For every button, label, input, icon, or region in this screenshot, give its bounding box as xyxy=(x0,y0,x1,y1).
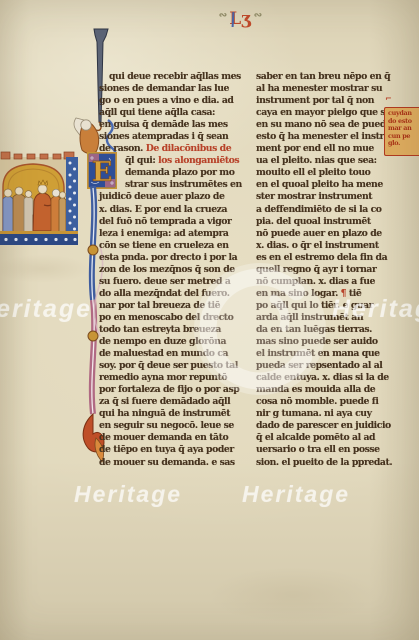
miniature-frame-right xyxy=(66,157,78,235)
body-text: quell regno q̄ ayr i tornar xyxy=(256,264,376,275)
marginal-note: cuydando estomar ancun peglo. xyxy=(384,107,419,156)
manuscript-text-line: juidicō deue auer plazo de xyxy=(99,191,239,203)
body-text: remedio ayna mor repuntō xyxy=(99,372,227,383)
manuscript-text-line: leza i enemiga: ad atempra xyxy=(99,228,239,240)
body-text: esta pnda. por drecto i por la xyxy=(99,252,237,263)
figure-orange-head xyxy=(52,189,60,197)
manuscript-text-line: pia. del quoal instrumēt xyxy=(256,216,388,228)
body-text: cosa nō momble. puede fi xyxy=(256,396,378,407)
manuscript-text-line: de mouer demanda en tāto xyxy=(99,432,239,444)
manuscript-text-line: aq̄ll qui tiene aq̄lla casa: xyxy=(99,107,239,119)
body-text: de tiēpo en tuya q̄ aya poder xyxy=(99,444,234,455)
figure-right-robe xyxy=(59,198,66,234)
body-text: sion. el pueito de la ppredat. xyxy=(256,457,392,468)
manuscript-text-line: quell regno q̄ ayr i tornar xyxy=(256,264,388,276)
body-text: siones de demandar las lue xyxy=(99,83,229,94)
miniature-gold-rule xyxy=(0,231,78,234)
manuscript-text-line: instrument por tal q̄ non xyxy=(256,95,388,107)
body-text: en ma sino logar. xyxy=(256,288,341,299)
manuscript-text-line: ua el pleito. nias que sea: xyxy=(256,155,388,167)
manuscript-text-line: en seguir su negocō. leue se xyxy=(99,420,239,432)
folio-number-text: Lʒ xyxy=(229,11,251,28)
rubric-text: los alongamiētos xyxy=(158,155,239,166)
manuscript-text-line: todo tan estreyta breueza xyxy=(99,324,239,336)
body-text: strar sus instrumētes en xyxy=(125,179,242,190)
body-text: go o en pues a vino e dia. ad xyxy=(99,95,233,106)
manuscript-text-line: del fuō nō temprada a vigor xyxy=(99,216,239,228)
body-text: nir g tumana. ni aya cuy xyxy=(256,408,372,419)
body-text: demanda plazo por mo xyxy=(125,167,234,178)
body-text: aq̄ll qui tiene aq̄lla casa: xyxy=(99,107,215,118)
manuscript-text-line: x. dias. E por end la crueza xyxy=(99,204,239,216)
miniature-illustration xyxy=(0,149,78,246)
body-text: en su mano nō sea de puede xyxy=(256,119,391,130)
body-text: za q̄ si fuere demādado aq̄ll xyxy=(99,396,230,407)
body-text: su fuero. deue ser metred a xyxy=(99,276,230,287)
manuscript-text-line: po en menoscabo del drecto xyxy=(99,312,239,324)
body-text: es en el estremo dela fin da xyxy=(256,252,387,263)
figure-blue-robe xyxy=(3,196,14,233)
watermark-text-bottom-right: Heritage xyxy=(242,481,350,508)
body-text: calde entuya. x. dias si la de xyxy=(256,372,389,383)
manuscript-text-line: pueda ser repsentado al al xyxy=(256,360,388,372)
body-text: q̄l qui: xyxy=(125,155,158,166)
manuscript-text-line: zon de los mezq̄nos q̄ son de xyxy=(99,264,239,276)
folio-flourish-right-icon: ∾ xyxy=(254,10,261,21)
manuscript-text-line: de tiēpo en tuya q̄ aya poder xyxy=(99,444,239,456)
manuscript-text-line: arda aq̄ll instrumēt an xyxy=(256,312,388,324)
manuscript-text-line: caya en mayor pielgo que si xyxy=(256,107,388,119)
body-text: de rason. xyxy=(99,143,146,154)
manuscript-text-line: q̄ el alcalde pomēto al ad xyxy=(256,432,388,444)
body-text: ster mostrar instrument xyxy=(256,191,372,202)
manuscript-text-line: demanda plazo por mo xyxy=(99,167,239,179)
body-text: pueda ser repsentado al al xyxy=(256,360,382,371)
manuscript-text-line: en el quoal pleito ha mene xyxy=(256,179,388,191)
body-text: qui ha ninguā de instrumēt xyxy=(99,408,230,419)
body-text: juidicō deue auer plazo de xyxy=(99,191,224,202)
manuscript-text-line: uersario o tra ell en posse xyxy=(256,444,388,456)
manuscript-text-line: su fuero. deue ser metred a xyxy=(99,276,239,288)
manuscript-text-line: por fortaleza de fijo o por asp xyxy=(99,384,239,396)
body-text: al ha menester mostrar su xyxy=(256,83,382,94)
manuscript-text-line: esta pnda. por drecto i por la xyxy=(99,252,239,264)
body-text: todo tan estreyta breueza xyxy=(99,324,221,335)
manuscript-text-line: mouito ell el pleito touo xyxy=(256,167,388,179)
king-robe xyxy=(33,193,52,231)
manuscript-text-line: cōn se tiene en crueleza en xyxy=(99,240,239,252)
manuscript-text-line: za q̄ si fuere demādado aq̄ll xyxy=(99,396,239,408)
body-text: x. dias. o q̄r el instrument xyxy=(256,240,379,251)
manuscript-text-line: strar sus instrumētes en xyxy=(99,179,239,191)
manuscript-text-line: nō puede auer en plazo de xyxy=(256,228,388,240)
manuscript-text-line: da en tan luēgas tierras. xyxy=(256,324,388,336)
body-text: de maluestad en mundo ca xyxy=(99,348,228,359)
manuscript-text-line: siones atempradas i q̄ sean xyxy=(99,131,239,143)
body-text: x. dias. E por end la crueza xyxy=(99,204,227,215)
manuscript-text-line: de nempo en duze glorōna xyxy=(99,336,239,348)
manuscript-text-line: dado de parescer en juidicio xyxy=(256,420,388,432)
body-text: arda aq̄ll instrumēt an xyxy=(256,312,363,323)
figure-right-head xyxy=(59,192,65,198)
manuscript-text-line: nar por tal breueza de tiē xyxy=(99,300,239,312)
body-text: tiē xyxy=(346,288,361,299)
body-text: instrument por tal q̄ non xyxy=(256,95,374,106)
body-text: mas sino puede ser auido xyxy=(256,336,378,347)
figure-tan-head xyxy=(15,187,23,195)
body-text: nar por tal breueza de tiē xyxy=(99,300,220,311)
manuscript-text-line: de maluestad en mundo ca xyxy=(99,348,239,360)
watermark-text-left: Heritage xyxy=(0,295,92,324)
body-text: ua el pleito. nias que sea: xyxy=(256,155,377,166)
body-text: de mouer demanda en tāto xyxy=(99,432,228,443)
body-text: cōn se tiene en crueleza en xyxy=(99,240,229,251)
manuscript-text-line: el instrumēt en mana que xyxy=(256,348,388,360)
manuscript-text-line: do alla mezq̄ndat del fuero. xyxy=(99,288,239,300)
manuscript-text-line: al ha menester mostrar su xyxy=(256,83,388,95)
manuscript-text-line: en guisa q̄ demāde las mes xyxy=(99,119,239,131)
marginal-note-line: glo. xyxy=(388,140,419,148)
manuscript-text-line: en ma sino logar. ¶ tiē xyxy=(256,288,388,300)
body-text: pia. del quoal instrumēt xyxy=(256,216,371,227)
manuscript-text-line: a deffendimiēto de si la co xyxy=(256,204,388,216)
manuscript-text-line: de mouer su demanda. e sas xyxy=(99,457,239,469)
folio-number: ∾Lʒ∾ xyxy=(198,9,282,28)
body-text: q̄ el alcalde pomēto al ad xyxy=(256,432,375,443)
manuscript-text-line: calde entuya. x. dias si la de xyxy=(256,372,388,384)
manuscript-text-line: sion. el pueito de la ppredat. xyxy=(256,457,388,469)
manuscript-text-line: qui ha ninguā de instrumēt xyxy=(99,408,239,420)
manuscript-text-line: qui deue recebir aq̄llas mes xyxy=(99,71,239,83)
body-text: uersario o tra ell en posse xyxy=(256,444,380,455)
manuscript-text-line: soy. por q̄ deue ser puesto tal xyxy=(99,360,239,372)
body-text: manda es mouida alla de xyxy=(256,384,375,395)
king-head xyxy=(38,184,47,193)
manuscript-text-line: nō cumplan. x. dias a fue xyxy=(256,276,388,288)
body-text: po aq̄ll qui lo tiēr. e guar xyxy=(256,300,373,311)
manuscript-text-line: go o en pues a vino e dia. ad xyxy=(99,95,239,107)
body-text: saber en tan breu nēpo en q̄ xyxy=(256,71,390,82)
manuscript-text-line: esto q̄ ha menester el instru xyxy=(256,131,388,143)
body-text: nō cumplan. x. dias a fue xyxy=(256,276,375,287)
body-text: mouito ell el pleito touo xyxy=(256,167,370,178)
manuscript-text-line: es en el estremo dela fin da xyxy=(256,252,388,264)
text-column-right: saber en tan breu nēpo en q̄al ha menest… xyxy=(256,71,388,469)
manuscript-text-line: po aq̄ll qui lo tiēr. e guar xyxy=(256,300,388,312)
manuscript-text-line: cosa nō momble. puede fi xyxy=(256,396,388,408)
body-text: nō puede auer en plazo de xyxy=(256,228,382,239)
body-text: soy. por q̄ deue ser puesto tal xyxy=(99,360,238,371)
body-text: del fuō nō temprada a vigor xyxy=(99,216,231,227)
folio-flourish-left-icon: ∾ xyxy=(219,10,226,21)
descender-gold-knot2 xyxy=(88,331,98,341)
body-text: siones atempradas i q̄ sean xyxy=(99,131,228,142)
body-text: de nempo en duze glorōna xyxy=(99,336,226,347)
manuscript-text-line: ment por end ell no mue xyxy=(256,143,388,155)
body-text: po en menoscabo del drecto xyxy=(99,312,233,323)
manuscript-text-line: siones de demandar las lue xyxy=(99,83,239,95)
body-text: caya en mayor pielgo que si xyxy=(256,107,388,118)
body-text: a deffendimiēto de si la co xyxy=(256,204,382,215)
manuscript-text-line: nir g tumana. ni aya cuy xyxy=(256,408,388,420)
rubric-text: De dilacōnibus de xyxy=(146,143,231,154)
grotesque-head xyxy=(81,120,91,130)
manuscript-text-line: ster mostrar instrument xyxy=(256,191,388,203)
watermark-text-bottom-left: Heritage xyxy=(74,481,182,508)
manuscript-text-line: saber en tan breu nēpo en q̄ xyxy=(256,71,388,83)
body-text: qui deue recebir aq̄llas mes xyxy=(109,71,241,82)
body-text: por fortaleza de fijo o por asp xyxy=(99,384,239,395)
body-text: en guisa q̄ demāde las mes xyxy=(99,119,228,130)
manuscript-text-line: x. dias. o q̄r el instrument xyxy=(256,240,388,252)
body-text: ment por end ell no mue xyxy=(256,143,374,154)
manuscript-text-line: remedio ayna mor repuntō xyxy=(99,372,239,384)
body-text: do alla mezq̄ndat del fuero. xyxy=(99,288,230,299)
body-text: zon de los mezq̄nos q̄ son de xyxy=(99,264,235,275)
manuscript-text-line: mas sino puede ser auido xyxy=(256,336,388,348)
manuscript-text-line: manda es mouida alla de xyxy=(256,384,388,396)
manuscript-text-line: q̄l qui: los alongamiētos xyxy=(99,155,239,167)
body-text: en el quoal pleito ha mene xyxy=(256,179,383,190)
body-text: dado de parescer en juidicio xyxy=(256,420,391,431)
body-text: el instrumēt en mana que xyxy=(256,348,380,359)
figure-blue-head xyxy=(4,189,12,197)
body-text: en seguir su negocō. leue se xyxy=(99,420,234,431)
manuscript-page: { "page": { "folio_number": "Lʒ", "flour… xyxy=(0,0,419,640)
figure-pale-robe xyxy=(24,197,33,234)
figure-pale-head xyxy=(25,191,32,198)
text-column-left: qui deue recebir aq̄llas messiones de de… xyxy=(99,71,239,469)
descender-gold-knot xyxy=(88,245,98,255)
body-text: leza i enemiga: ad atempra xyxy=(99,228,228,239)
manuscript-text-line: de rason. De dilacōnibus de xyxy=(99,143,239,155)
body-text: esto q̄ ha menester el instru xyxy=(256,131,390,142)
body-text: da en tan luēgas tierras. xyxy=(256,324,372,335)
body-text: de mouer su demanda. e sas xyxy=(99,457,235,468)
insertion-caret-mark: ⌐ xyxy=(385,93,392,103)
manuscript-text-line: en su mano nō sea de puede xyxy=(256,119,388,131)
